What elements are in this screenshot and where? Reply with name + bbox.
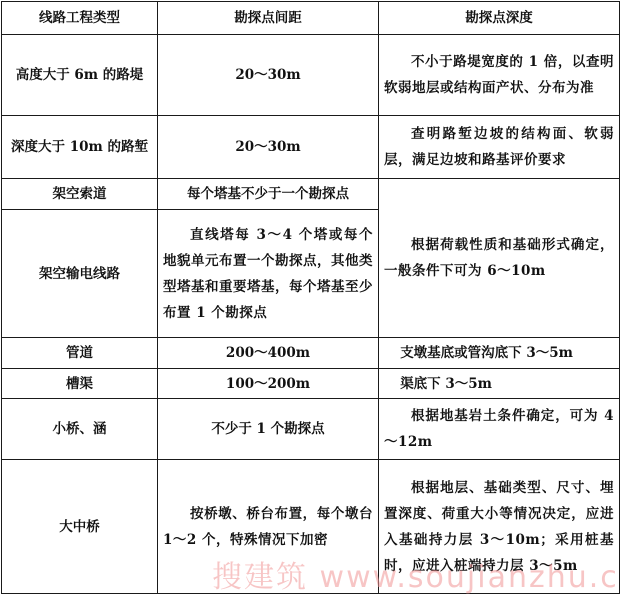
cell-spacing: 直线塔每 3～4 个塔或每个地貌单元布置一个勘探点，其他类型塔基和重要塔基，每个… <box>158 210 379 338</box>
cell-type: 大中桥 <box>2 460 158 594</box>
cell-depth: 渠底下 3～5m <box>379 369 620 399</box>
cell-depth: 查明路堑边坡的结构面、软弱层，满足边坡和路基评价要求 <box>379 116 620 179</box>
header-line-type: 线路工程类型 <box>2 2 158 35</box>
header-spacing: 勘探点间距 <box>158 2 379 35</box>
cell-spacing: 20～30m <box>158 116 379 179</box>
cell-spacing: 不少于 1 个勘探点 <box>158 399 379 460</box>
cell-spacing: 每个塔基不少于一个勘探点 <box>158 179 379 210</box>
cell-type: 深度大于 10m 的路堑 <box>2 116 158 179</box>
survey-spacing-table: 线路工程类型 勘探点间距 勘探点深度 高度大于 6m 的路堤 20～30m 不小… <box>1 1 620 594</box>
table-row: 小桥、涵 不少于 1 个勘探点 根据地基岩土条件确定，可为 4～12m <box>2 399 620 460</box>
cell-type: 架空索道 <box>2 179 158 210</box>
cell-depth: 不小于路堤宽度的 1 倍，以查明软弱地层或结构面产状、分布为准 <box>379 35 620 116</box>
cell-spacing: 100～200m <box>158 369 379 399</box>
table-row: 管道 200～400m 支墩基底或管沟底下 3～5m <box>2 338 620 369</box>
cell-type: 架空输电线路 <box>2 210 158 338</box>
table-row: 大中桥 按桥墩、桥台布置，每个墩台 1～2 个，特殊情况下加密 根据地层、基础类… <box>2 460 620 594</box>
header-row: 线路工程类型 勘探点间距 勘探点深度 <box>2 2 620 35</box>
cell-spacing: 200～400m <box>158 338 379 369</box>
cell-depth: 根据地层、基础类型、尺寸、埋置深度、荷重大小等情况决定，应进入基础持力层 3～1… <box>379 460 620 594</box>
cell-depth: 支墩基底或管沟底下 3～5m <box>379 338 620 369</box>
table-row: 高度大于 6m 的路堤 20～30m 不小于路堤宽度的 1 倍，以查明软弱地层或… <box>2 35 620 116</box>
table-row: 深度大于 10m 的路堑 20～30m 查明路堑边坡的结构面、软弱层，满足边坡和… <box>2 116 620 179</box>
cell-type: 槽渠 <box>2 369 158 399</box>
cell-type: 管道 <box>2 338 158 369</box>
cell-type: 小桥、涵 <box>2 399 158 460</box>
table-row: 槽渠 100～200m 渠底下 3～5m <box>2 369 620 399</box>
table-row: 架空索道 每个塔基不少于一个勘探点 根据荷载性质和基础形式确定，一般条件下可为 … <box>2 179 620 210</box>
cell-depth: 根据地基岩土条件确定，可为 4～12m <box>379 399 620 460</box>
cell-spacing: 按桥墩、桥台布置，每个墩台 1～2 个，特殊情况下加密 <box>158 460 379 594</box>
cell-spacing: 20～30m <box>158 35 379 116</box>
cell-type: 高度大于 6m 的路堤 <box>2 35 158 116</box>
header-depth: 勘探点深度 <box>379 2 620 35</box>
cell-depth-merged: 根据荷载性质和基础形式确定，一般条件下可为 6～10m <box>379 179 620 338</box>
